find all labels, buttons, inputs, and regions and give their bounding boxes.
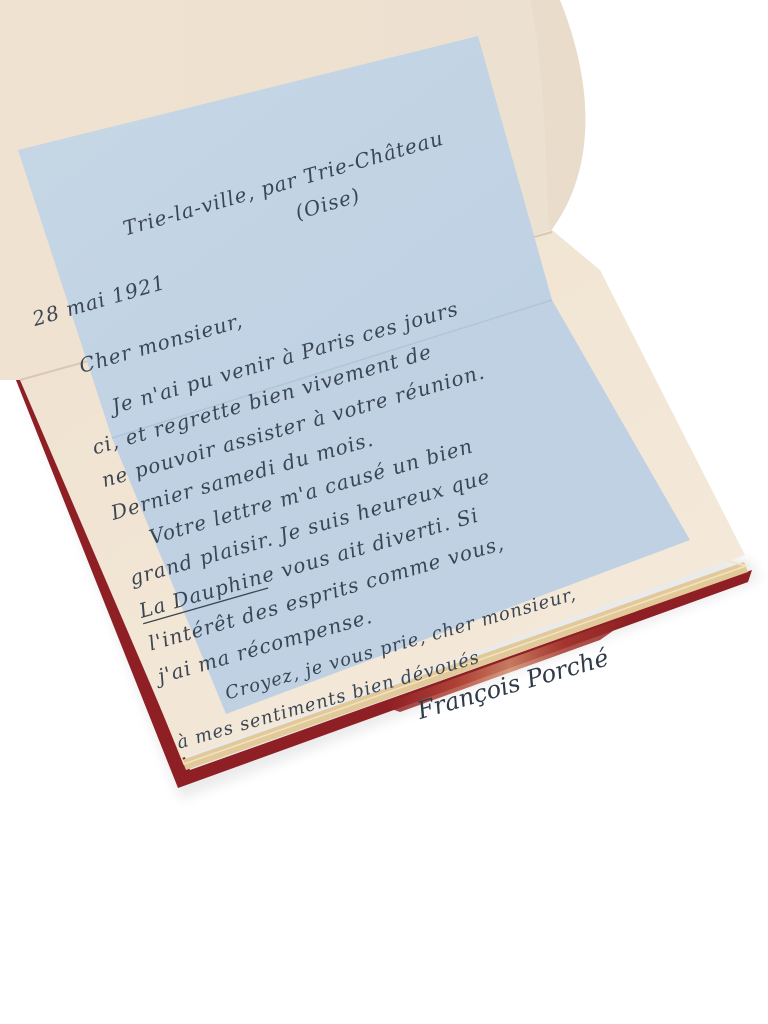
letter-date: 28 mai 1921 [29, 270, 169, 331]
photo-scene: Trie-la-ville, par Trie-Château (Oise) 2… [0, 0, 768, 1024]
letter-address-line1: Trie-la-ville, par Trie-Château [120, 126, 446, 241]
letter-text-layer: Trie-la-ville, par Trie-Château (Oise) 2… [0, 0, 768, 1024]
